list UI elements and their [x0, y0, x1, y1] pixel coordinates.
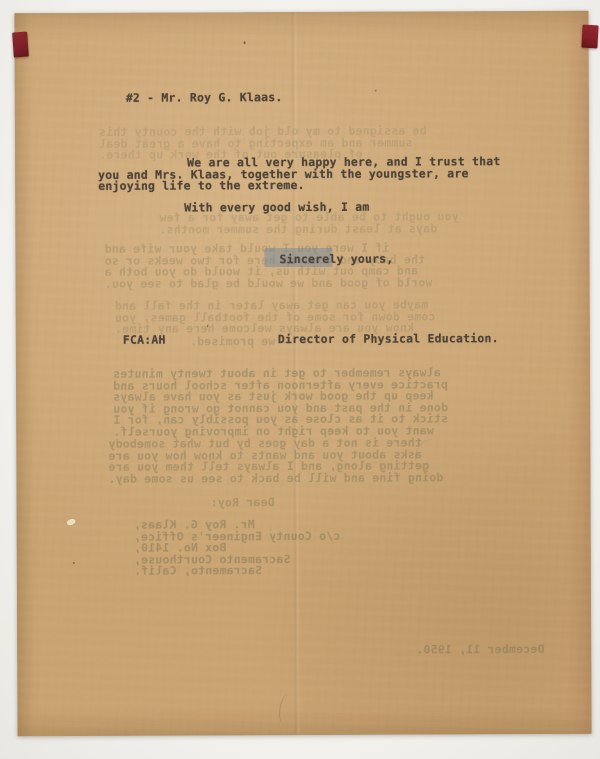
bleed-through-text: we promised.	[190, 336, 310, 348]
bleed-through-text: there is not a day goes by but what some…	[108, 437, 504, 485]
bleed-through-text: you ought to be able to get away for a f…	[159, 211, 459, 235]
paper-speck	[244, 41, 246, 44]
corner-tab-right	[581, 25, 598, 49]
corner-tab-left	[12, 32, 29, 58]
scanned-letter-screenshot: #2 - Mr. Roy G. Klaas. We are all very h…	[0, 0, 600, 759]
typist-initials: FCA:AH	[123, 335, 166, 347]
paper-speck	[375, 90, 377, 92]
body-line-3: enjoying life to the extreme.	[98, 179, 490, 192]
signature-title: Director of Physical Education.	[278, 333, 499, 346]
bleed-through-text: December 11, 1950.	[416, 644, 568, 656]
paper-speck	[73, 562, 75, 564]
letter-header-line: #2 - Mr. Roy G. Klaas.	[126, 92, 283, 104]
letter-body-paragraph: We are all very happy here, and I trust …	[98, 156, 490, 192]
paper-blemish-white	[66, 518, 77, 527]
letter-closing: Sincerely yours,	[279, 254, 393, 266]
letter-paper: #2 - Mr. Roy G. Klaas. We are all very h…	[14, 11, 591, 736]
bleed-through-text: be assigned to my old job with the count…	[99, 125, 481, 161]
bleed-through-text: always remember to get in about twenty m…	[113, 367, 509, 438]
bleed-through-text: Mr. Roy G. Klaas,c/o County Engineer's O…	[134, 519, 349, 577]
bleed-through-text: maybe you can get away later in the fall…	[115, 299, 505, 335]
pencil-curve-mark	[277, 693, 295, 725]
bleed-through-text: Dear Roy:	[211, 497, 321, 509]
